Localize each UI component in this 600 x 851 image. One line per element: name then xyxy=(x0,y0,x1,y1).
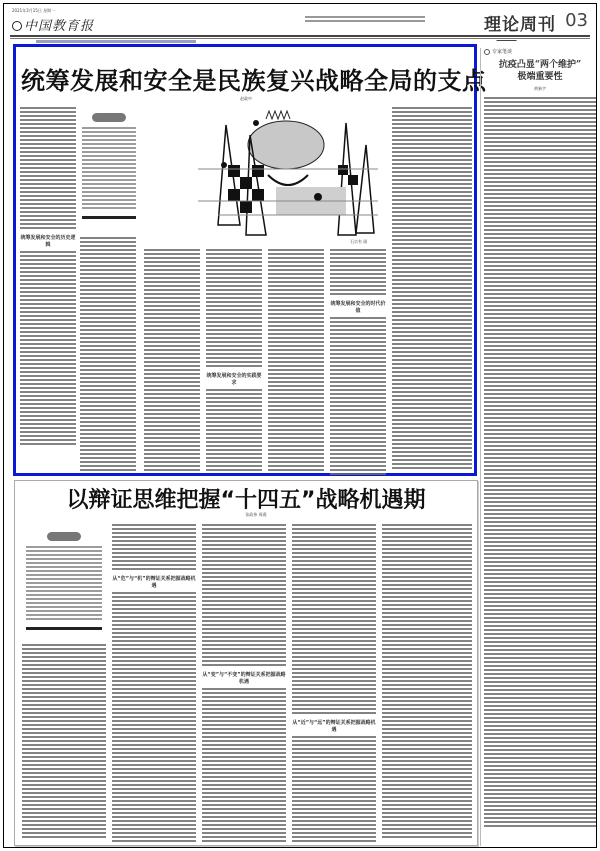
right-column-tag: 专家笔谈 xyxy=(484,48,596,55)
second-text-column-1 xyxy=(22,644,106,840)
text-column-1: 统筹发展和安全的历史逻辑 xyxy=(20,107,76,447)
date-line: 2021年3月15日 星期一 xyxy=(12,8,55,14)
text-column-6: 统筹发展和安全的时代价值 xyxy=(330,249,386,477)
second-subhead-3: 从“近”与“远”的辩证关系把握战略机遇 xyxy=(292,716,376,736)
right-column-article[interactable]: 专家笔谈 抗疫凸显“两个维护” 极端重要性 黄新宇 xyxy=(484,48,596,846)
subhead-2: 统筹发展和安全的实践要求 xyxy=(206,369,262,389)
subhead-3: 统筹发展和安全的时代价值 xyxy=(330,297,386,317)
newspaper-page: 2021年3月15日 星期一 中国教育报 理论周刊 03 统筹发展和安全是民族复… xyxy=(3,3,597,848)
kicker-line xyxy=(36,40,196,43)
pull-quote-badge xyxy=(92,113,126,122)
right-column-headline: 抗疫凸显“两个维护” 极端重要性 xyxy=(484,59,596,83)
tag-circle-icon xyxy=(484,49,490,55)
second-text-column-5 xyxy=(382,524,472,840)
second-text-column-4: 从“近”与“远”的辩证关系把握战略机遇 xyxy=(292,524,376,844)
text-column-5 xyxy=(268,249,324,473)
second-text-column-3: 从“变”与“不变”的辩证关系把握战略机遇 xyxy=(202,524,286,844)
newspaper-logo: 中国教育报 xyxy=(12,15,94,34)
article-headline: 统筹发展和安全是民族复兴战略全局的支点 xyxy=(21,61,473,96)
text-column-7 xyxy=(392,107,472,471)
article-byline: 赵政中 xyxy=(226,96,266,102)
second-pull-quote-badge xyxy=(47,532,81,541)
second-subhead-1: 从“危”与“机”的辩证关系把握战略机遇 xyxy=(112,572,196,592)
second-article-byline: 张政伟 周燕 xyxy=(226,512,286,518)
right-column-byline: 黄新宇 xyxy=(484,86,596,92)
newspaper-name: 中国教育报 xyxy=(24,19,94,34)
masthead: 2021年3月15日 星期一 中国教育报 理论周刊 03 xyxy=(10,6,590,36)
second-subhead-2: 从“变”与“不变”的辩证关系把握战略机遇 xyxy=(202,668,286,688)
pull-quote-rule xyxy=(82,216,136,219)
second-pull-quote xyxy=(26,532,102,636)
second-pull-quote-rule xyxy=(26,627,102,630)
second-article-headline: 以辩证思维把握“十四五”战略机遇期 xyxy=(16,483,476,514)
text-column-3 xyxy=(144,249,200,473)
highlighted-article[interactable]: 统筹发展和安全是民族复兴战略全局的支点 赵政中 统筹发展和安全的历史逻辑 xyxy=(13,44,477,476)
column-divider xyxy=(480,48,481,846)
article-illustration xyxy=(188,105,380,243)
pull-quote xyxy=(82,113,136,225)
masthead-editor-info xyxy=(305,16,425,26)
right-column-body xyxy=(484,97,596,827)
text-column-2 xyxy=(80,237,136,473)
section-title: 理论周刊 xyxy=(484,10,556,35)
page-number: 03 xyxy=(565,10,588,31)
second-text-column-2: 从“危”与“机”的辩证关系把握战略机遇 xyxy=(112,524,196,844)
logo-emblem-icon xyxy=(12,21,22,31)
text-column-4: 统筹发展和安全的实践要求 xyxy=(206,249,262,473)
subhead-1: 统筹发展和安全的历史逻辑 xyxy=(20,231,76,251)
masthead-hook-decoration xyxy=(496,35,519,41)
